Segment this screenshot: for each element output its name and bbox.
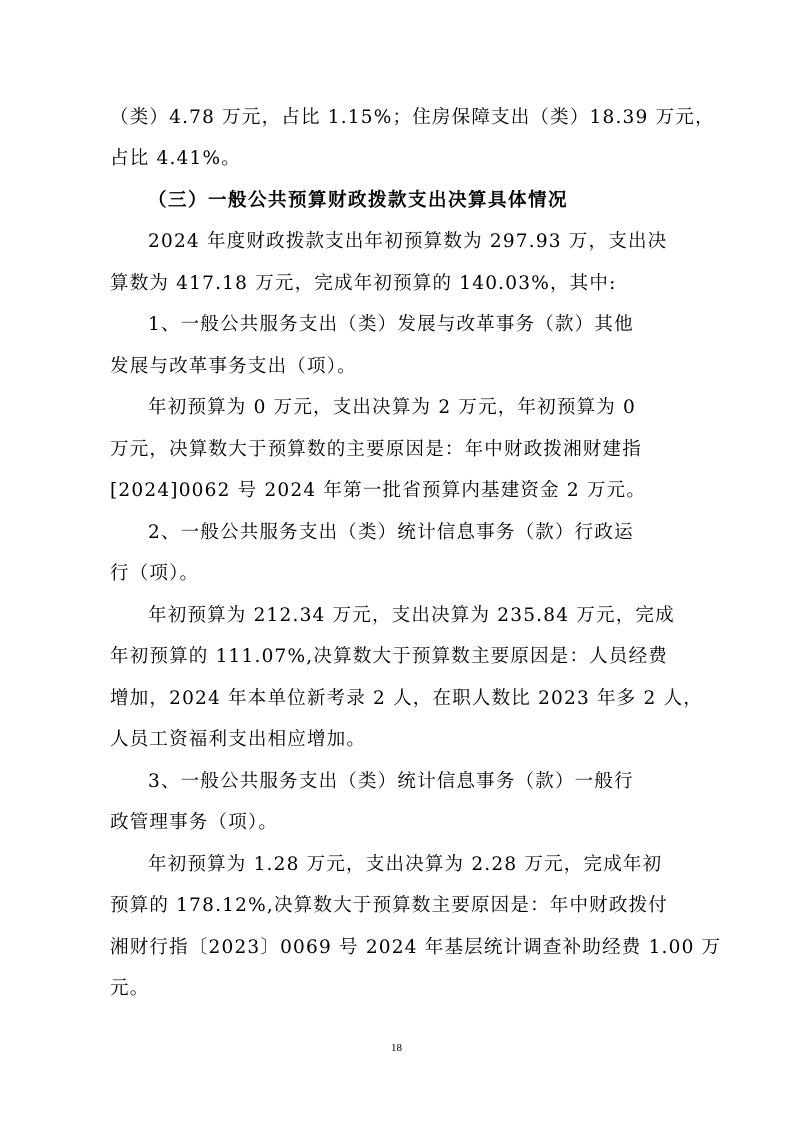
text-line: 年初预算为 1.28 万元，支出决算为 2.28 万元，完成年初 — [148, 853, 728, 877]
text-line: 年初预算为 0 万元，支出决算为 2 万元，年初预算为 0 — [148, 396, 728, 420]
text-line: 政管理事务（项）。 — [110, 811, 690, 835]
text-line: 2024 年度财政拨款支出年初预算数为 297.93 万，支出决 — [148, 230, 728, 254]
text-line: 年初预算为 212.34 万元，支出决算为 235.84 万元，完成 — [148, 604, 728, 628]
text-line: 预算的 178.12%,决算数大于预算数主要原因是：年中财政拨付 — [110, 894, 690, 918]
page-number: 18 — [0, 1042, 793, 1054]
text-line: 算数为 417.18 万元，完成年初预算的 140.03%，其中: — [110, 272, 690, 296]
text-line: 3、一般公共服务支出（类）统计信息事务（款）一般行 — [148, 770, 728, 794]
text-line: 2、一般公共服务支出（类）统计信息事务（款）行政运 — [148, 521, 728, 545]
text-line: 占比 4.41%。 — [110, 147, 690, 171]
text-line: [2024]0062 号 2024 年第一批省预算内基建资金 2 万元。 — [110, 479, 690, 503]
text-line: 湘财行指〔2023〕0069 号 2024 年基层统计调查补助经费 1.00 万 — [110, 936, 690, 960]
text-line: 人员工资福利支出相应增加。 — [110, 728, 690, 752]
text-line: 元。 — [110, 977, 690, 1001]
text-line: 发展与改革事务支出（项）。 — [110, 355, 690, 379]
section-heading: （三）一般公共预算财政拨款支出决算具体情况 — [148, 189, 728, 213]
text-line: 年初预算的 111.07%,决算数大于预算数主要原因是：人员经费 — [110, 645, 690, 669]
text-line: （类）4.78 万元，占比 1.15%；住房保障支出（类）18.39 万元， — [110, 106, 690, 130]
text-line: 万元，决算数大于预算数的主要原因是：年中财政拨湘财建指 — [110, 438, 690, 462]
text-line: 行（项）。 — [110, 562, 690, 586]
text-line: 增加，2024 年本单位新考录 2 人，在职人数比 2023 年多 2 人， — [110, 687, 690, 711]
text-line: 1、一般公共服务支出（类）发展与改革事务（款）其他 — [148, 313, 728, 337]
